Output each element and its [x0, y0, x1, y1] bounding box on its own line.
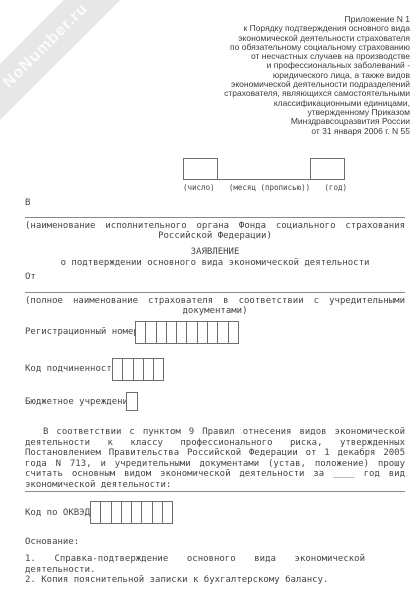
month-writein-line: [218, 159, 310, 180]
document-header: Приложение N 1к Порядку подтверждения ос…: [110, 15, 410, 136]
body-paragraph-text: В соответствии с пунктом 9 Правил отнесе…: [25, 427, 405, 491]
day-label: (число): [183, 183, 215, 194]
year-label: (год): [324, 183, 347, 194]
budget-institution-checkbox: [126, 392, 138, 411]
document-subtitle: о подтверждении основного вида экономиче…: [25, 258, 405, 269]
date-labels: (число) (месяц (прописью)) (год): [183, 183, 347, 194]
list-line: от 31 января 2006 г. N 55: [110, 127, 410, 136]
sender-writein-line: [25, 292, 405, 293]
application-form-page: NoNumber.ru Приложение N 1к Порядку подт…: [0, 0, 420, 600]
basis-items: 1. Справка-подтверждение основного вида …: [25, 554, 365, 586]
subordination-code-label: Код подчиненности: [25, 364, 117, 375]
month-label: (месяц (прописью)): [229, 183, 310, 194]
fill-cell: [228, 321, 239, 344]
list-line: 2. Копия пояснительной записки к бухгалт…: [25, 575, 365, 586]
subordination-code-cells: [112, 358, 164, 381]
okved-label: Код по ОКВЭД: [25, 508, 90, 519]
year-box: [310, 158, 345, 180]
recipient-caption-line2: Российской Федерации): [25, 231, 405, 242]
budget-institution-cell: [126, 392, 138, 411]
fill-cell: [153, 358, 164, 381]
date-fill-row: [183, 158, 345, 180]
recipient-prefix: В: [25, 198, 30, 209]
activity-writein-line: [25, 491, 405, 492]
basis-label: Основание:: [25, 537, 79, 548]
registration-number-cells: [135, 321, 239, 344]
body-paragraph: В соответствии с пунктом 9 Правил отнесе…: [25, 427, 405, 491]
day-box: [183, 158, 218, 180]
watermark-text: NoNumber.ru: [3, 3, 90, 90]
list-line: 1. Справка-подтверждение основного вида …: [25, 554, 365, 575]
sender-caption-line2: документами): [25, 306, 405, 317]
document-title: ЗАЯВЛЕНИЕ: [25, 247, 405, 258]
budget-institution-label: Бюджетное учреждение: [25, 397, 133, 408]
sender-prefix: От: [25, 272, 36, 283]
recipient-writein-line: [25, 217, 405, 218]
okved-cells: [90, 501, 173, 524]
recipient-caption-line1: (наименование исполнительного органа Фон…: [25, 221, 405, 232]
fill-cell: [162, 501, 173, 524]
registration-number-label: Регистрационный номер: [25, 327, 139, 338]
sender-caption-line1: (полное наименование страхователя в соот…: [25, 296, 405, 307]
